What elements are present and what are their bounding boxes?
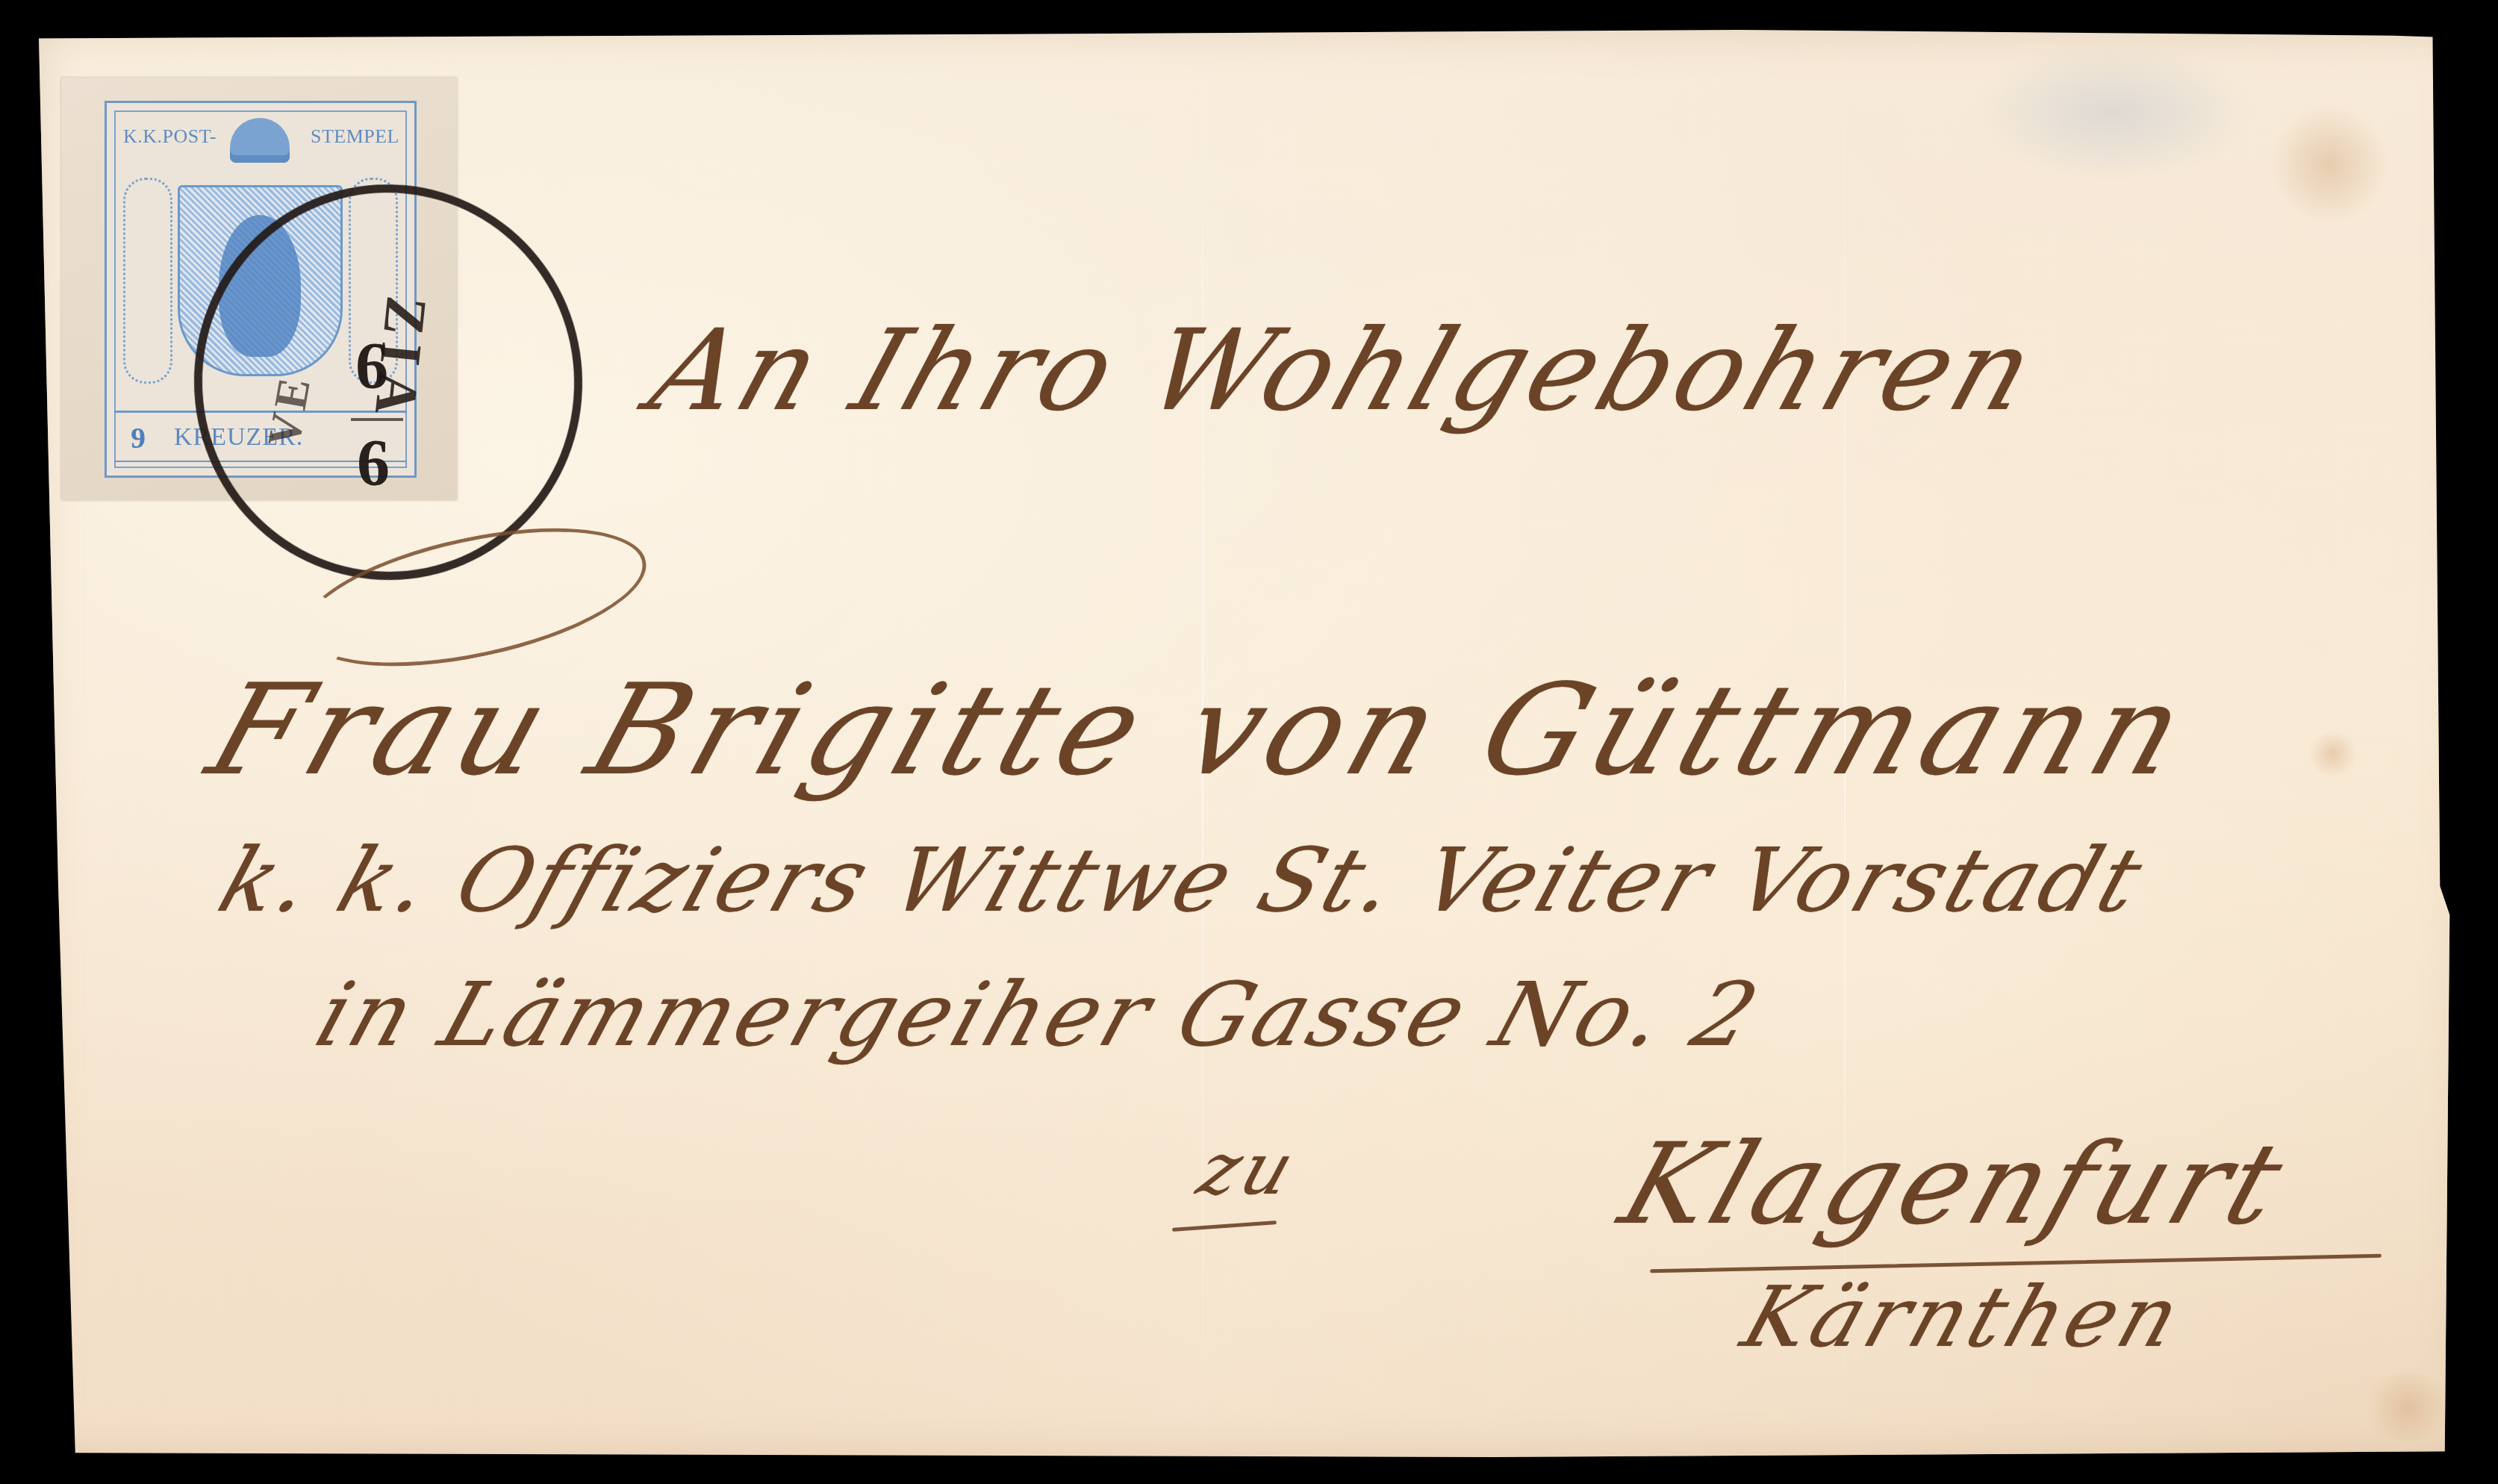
double-eagle-icon [219,215,301,357]
stamp-top-right-text: STEMPEL [311,125,399,148]
faint-offset-mark [1971,41,2255,183]
laurel-left-icon [123,178,172,384]
address-line-3: k. k. Offiziers Wittwe St. Veiter Vorsta… [208,829,2158,932]
paper-stain [2359,1374,2456,1441]
address-line-4: in Lämmergeiher Gasse No. 2 [305,963,1774,1066]
destination-city: Klagenfurt [1607,1120,2302,1250]
stamp-value-digit: 9 [131,420,146,455]
postage-stamp: K.K.POST- STEMPEL 9 KREUZER. [105,101,417,478]
recipient-name-line: Frau Brigitte von Güttmann [193,657,2208,803]
postmark-date-separator [351,418,403,421]
destination-region: Kärnthen [1731,1269,2196,1366]
stamp-top-left-text: K.K.POST- [123,125,217,148]
stamp-value-word: KREUZER. [174,423,303,452]
postmark-month: 6 [357,425,390,501]
paper-stain [2307,732,2359,776]
postmark-day: 9 [355,328,388,404]
salutation-line: An Ihro Wohlgebohren [636,306,2053,436]
paper-stain [2270,105,2389,224]
